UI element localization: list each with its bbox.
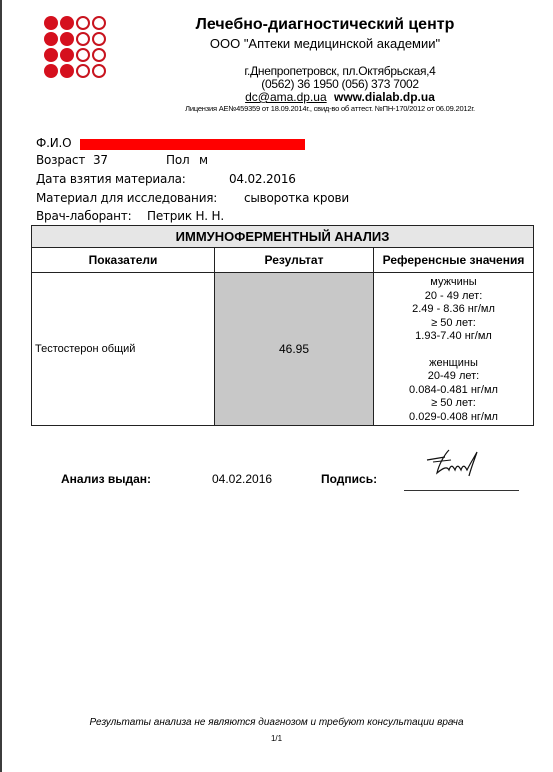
reference-cell: мужчины 20 - 49 лет: 2.49 - 8.36 нг/мл ≥… bbox=[374, 273, 534, 426]
age-value: 37 bbox=[93, 153, 108, 167]
ref-men-age1: 20 - 49 лет: bbox=[374, 290, 533, 304]
viewer-edge bbox=[0, 0, 2, 772]
logo-dot bbox=[92, 32, 106, 46]
column-header-indicator: Показатели bbox=[32, 248, 215, 273]
issued-label: Анализ выдан: bbox=[61, 472, 151, 486]
logo-dot bbox=[76, 32, 90, 46]
signature-line bbox=[404, 490, 519, 491]
logo-dot bbox=[44, 64, 58, 78]
logo-dot bbox=[76, 64, 90, 78]
ref-men-label: мужчины bbox=[374, 276, 533, 290]
logo-dot bbox=[44, 48, 58, 62]
disclaimer: Результаты анализа не являются диагнозом… bbox=[0, 717, 553, 728]
date-value: 04.02.2016 bbox=[229, 172, 296, 186]
issued-date: 04.02.2016 bbox=[212, 472, 272, 486]
logo-dot bbox=[76, 48, 90, 62]
ref-women-age1: 20-49 лет: bbox=[374, 370, 533, 384]
table-title: ИММУНОФЕРМЕНТНЫЙ АНАЛИЗ bbox=[32, 226, 534, 248]
ref-women-range2: 0.029-0.408 нг/мл bbox=[374, 411, 533, 425]
logo-dot bbox=[92, 16, 106, 30]
result-cell: 46.95 bbox=[215, 273, 374, 426]
email-link[interactable]: dc@ama.dp.ua bbox=[245, 90, 327, 104]
clinic-phones: (0562) 36 1950 (056) 373 7002 bbox=[180, 77, 500, 91]
logo-dot bbox=[60, 16, 74, 30]
redacted-name bbox=[80, 139, 305, 150]
doctor-value: Петрик Н. Н. bbox=[147, 209, 224, 223]
ref-spacer bbox=[374, 344, 533, 357]
clinic-contacts: dc@ama.dp.ua www.dialab.dp.ua bbox=[180, 90, 500, 104]
ref-men-range2: 1.93-7.40 нг/мл bbox=[374, 330, 533, 344]
table-row: Тестостерон общий 46.95 мужчины 20 - 49 … bbox=[32, 273, 534, 426]
clinic-title: Лечебно-диагностический центр bbox=[170, 16, 480, 34]
column-header-reference: Референсные значения bbox=[374, 248, 534, 273]
ref-men-range1: 2.49 - 8.36 нг/мл bbox=[374, 303, 533, 317]
page-number: 1/1 bbox=[0, 734, 553, 743]
material-value: сыворотка крови bbox=[244, 191, 349, 205]
indicator-cell: Тестостерон общий bbox=[32, 273, 215, 426]
sex-label: Пол bbox=[166, 153, 189, 167]
logo-dot bbox=[44, 32, 58, 46]
column-header-result: Результат bbox=[215, 248, 374, 273]
logo-dot bbox=[92, 64, 106, 78]
signature-icon bbox=[425, 448, 487, 478]
lab-logo bbox=[43, 15, 107, 79]
results-table: ИММУНОФЕРМЕНТНЫЙ АНАЛИЗ Показатели Резул… bbox=[31, 225, 534, 426]
logo-dot bbox=[92, 48, 106, 62]
license-text: Лицензия АЕ№459359 от 18.09.2014г., свид… bbox=[110, 104, 550, 113]
ref-women-age2: ≥ 50 лет: bbox=[374, 397, 533, 411]
logo-dot bbox=[76, 16, 90, 30]
material-label: Материал для исследования: bbox=[36, 191, 217, 205]
logo-dot bbox=[60, 48, 74, 62]
ref-men-age2: ≥ 50 лет: bbox=[374, 317, 533, 331]
website-link[interactable]: www.dialab.dp.ua bbox=[334, 90, 435, 104]
fio-label: Ф.И.О bbox=[36, 136, 71, 150]
logo-dot bbox=[44, 16, 58, 30]
clinic-subtitle: ООО "Аптеки медицинской академии" bbox=[170, 36, 480, 51]
logo-dot bbox=[60, 64, 74, 78]
doctor-label: Врач-лаборант: bbox=[36, 209, 131, 223]
date-label: Дата взятия материала: bbox=[36, 172, 186, 186]
age-label: Возраст bbox=[36, 153, 85, 167]
ref-women-range1: 0.084-0.481 нг/мл bbox=[374, 384, 533, 398]
sex-value: м bbox=[199, 153, 208, 167]
ref-women-label: женщины bbox=[374, 357, 533, 371]
table-header: Показатели Результат Референсные значени… bbox=[32, 248, 534, 273]
signature-label: Подпись: bbox=[321, 472, 377, 486]
clinic-address: г.Днепропетровск, пл.Октябрьская,4 bbox=[180, 64, 500, 78]
logo-dot bbox=[60, 32, 74, 46]
